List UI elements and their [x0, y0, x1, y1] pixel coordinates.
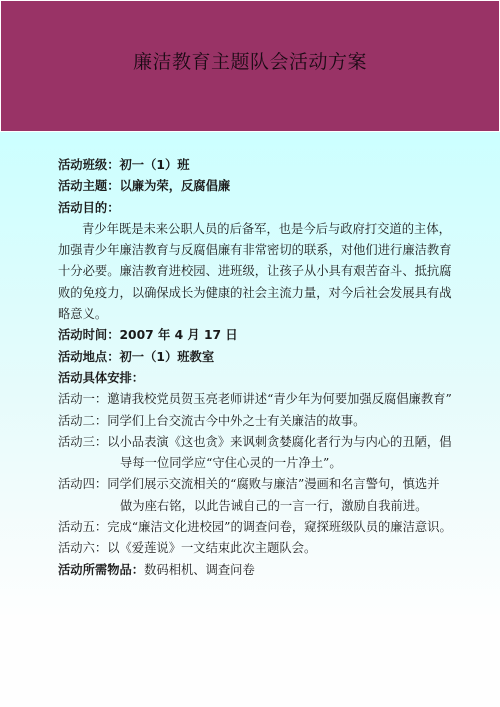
activity-label: 活动三： [58, 432, 107, 453]
activity-label: 活动六： [58, 538, 107, 559]
activity-label: 活动四： [58, 474, 107, 495]
activity-4: 活动四： 同学们展示交流相关的“腐败与廉洁”漫画和名言警句，慎选并 [58, 474, 498, 495]
document-content: 活动班级：初一（1）班 活动主题：以廉为荣，反腐倡廉 活动目的： 青少年既是未来… [58, 155, 498, 581]
field-arrangement: 活动具体安排： [58, 368, 498, 389]
activity-text: 以《爱莲说》一文结束此次主题队会。 [107, 538, 498, 559]
activity-text: 完成“廉洁文化进校园”的调查问卷，窥探班级队员的廉洁意识。 [107, 517, 498, 538]
paragraph-line: 略意义。 [58, 304, 498, 325]
purpose-paragraph: 青少年既是未来公职人员的后备军，也是今后与政府打交道的主体， 加强青少年廉洁教育… [58, 219, 498, 325]
field-label: 活动班级： [58, 158, 120, 172]
title-banner: 廉洁教育主题队会活动方案 [1, 1, 499, 131]
field-time: 活动时间：2007 年 4 月 17 日 [58, 325, 498, 346]
activity-label: 活动二： [58, 411, 107, 432]
document-title: 廉洁教育主题队会活动方案 [133, 47, 367, 131]
field-value: 数码相机、调查问卷 [144, 563, 255, 577]
field-label: 活动地点： [58, 350, 120, 364]
paragraph-line: 加强青少年廉洁教育与反腐倡廉有非常密切的联系，对他们进行廉洁教育 [58, 240, 498, 261]
activity-label: 活动五： [58, 517, 107, 538]
activity-text: 同学们展示交流相关的“腐败与廉洁”漫画和名言警句，慎选并 [107, 474, 498, 495]
field-purpose: 活动目的： [58, 198, 498, 219]
activity-text: 邀请我校党员贺玉亮老师讲述“青少年为何要加强反腐倡廉教育” [107, 389, 498, 410]
activity-text: 同学们上台交流古今中外之士有关廉洁的故事。 [107, 411, 498, 432]
field-label: 活动主题： [58, 179, 120, 193]
activity-6: 活动六： 以《爱莲说》一文结束此次主题队会。 [58, 538, 498, 559]
activity-label: 活动一： [58, 389, 107, 410]
activity-text: 以小品表演《这也贪》来讽刺贪婪腐化者行为与内心的丑陋，倡 [107, 432, 498, 453]
field-materials: 活动所需物品：数码相机、调查问卷 [58, 560, 498, 581]
field-value: 初一（1）班 [120, 158, 190, 172]
field-label: 活动目的： [58, 201, 120, 215]
field-value: 初一（1）班教室 [120, 350, 215, 364]
field-value: 2007 年 4 月 17 日 [120, 328, 238, 342]
paragraph-line: 十分必要。廉洁教育进校园、进班级，让孩子从小具有艰苦奋斗、抵抗腐 [58, 261, 498, 282]
field-label: 活动具体安排： [58, 371, 144, 385]
paragraph-line: 败的免疫力，以确保成长为健康的社会主流力量，对今后社会发展具有战 [58, 283, 498, 304]
field-location: 活动地点：初一（1）班教室 [58, 347, 498, 368]
field-theme: 活动主题：以廉为荣，反腐倡廉 [58, 176, 498, 197]
paragraph-line: 青少年既是未来公职人员的后备军，也是今后与政府打交道的主体， [58, 219, 498, 240]
activity-text-continued: 做为座右铭，以此告诫自己的一言一行，激励自我前进。 [58, 496, 498, 517]
field-class: 活动班级：初一（1）班 [58, 155, 498, 176]
activity-2: 活动二： 同学们上台交流古今中外之士有关廉洁的故事。 [58, 411, 498, 432]
field-label: 活动所需物品： [58, 563, 144, 577]
activity-3: 活动三： 以小品表演《这也贪》来讽刺贪婪腐化者行为与内心的丑陋，倡 [58, 432, 498, 453]
activity-5: 活动五： 完成“廉洁文化进校园”的调查问卷，窥探班级队员的廉洁意识。 [58, 517, 498, 538]
document-page: 廉洁教育主题队会活动方案 活动班级：初一（1）班 活动主题：以廉为荣，反腐倡廉 … [0, 0, 500, 707]
field-value: 以廉为荣，反腐倡廉 [120, 179, 231, 193]
activity-text-continued: 导每一位同学应“守住心灵的一片净土”。 [58, 453, 498, 474]
activity-1: 活动一： 邀请我校党员贺玉亮老师讲述“青少年为何要加强反腐倡廉教育” [58, 389, 498, 410]
field-label: 活动时间： [58, 328, 120, 342]
